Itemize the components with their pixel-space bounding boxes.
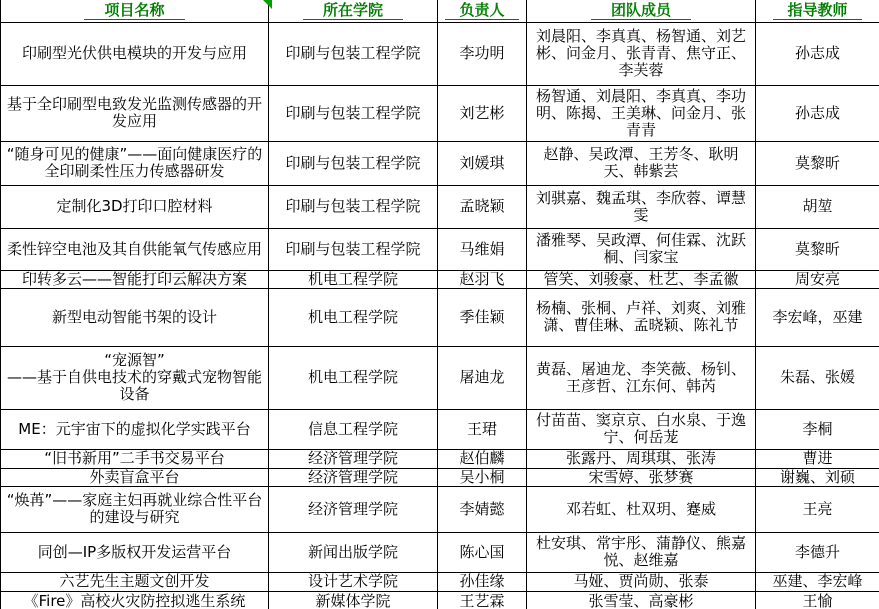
table-row: “宠源智” ——基于自供电技术的穿戴式宠物智能设备 机电工程学院 屠迪龙 黄磊、…: [1, 346, 879, 409]
college-cell: 信息工程学院: [269, 409, 438, 449]
team-cell: 张露丹、周琪琪、张涛: [527, 449, 756, 468]
leader-cell: 季佳颖: [438, 288, 527, 346]
college-cell: 经济管理学院: [269, 468, 438, 486]
team-cell: 马娅、贾尚勋、张泰: [527, 572, 756, 591]
leader-cell: 孙佳缘: [438, 572, 527, 591]
advisor-cell: 胡堃: [756, 185, 879, 228]
team-cell: 黄磊、屠迪龙、李笑薇、杨钊、王彦哲、江东何、韩芮: [527, 346, 756, 409]
advisor-cell: 王愉: [756, 591, 879, 609]
table-row: 新型电动智能书架的设计 机电工程学院 季佳颖 杨楠、张桐、卢祥、刘爽、刘雅潇、曹…: [1, 288, 879, 346]
table-row: “随身可见的健康”——面向健康医疗的全印刷柔性压力传感器研发 印刷与包装工程学院…: [1, 141, 879, 185]
project-cell: 六艺先生主题文创开发: [1, 572, 269, 591]
project-cell: 同创—IP多版权开发运营平台: [1, 532, 269, 572]
projects-table: 项目名称 所在学院 负责人 团队成员 指导教师 印刷型光伏供电模块的开发与应用 …: [0, 0, 879, 609]
advisor-cell: 孙志成: [756, 85, 879, 141]
leader-cell: 马维娟: [438, 228, 527, 270]
project-cell: 《Fire》高校火灾防控拟逃生系统: [1, 591, 269, 609]
team-cell: 付苗苗、窦京京、白水泉、于逸宁、何岳茏: [527, 409, 756, 449]
header-label-project: 项目名称: [84, 2, 184, 20]
leader-cell: 赵伯麟: [438, 449, 527, 468]
leader-cell: 孟晓颖: [438, 185, 527, 228]
advisor-cell: 朱磊、张媛: [756, 346, 879, 409]
table-row: 《Fire》高校火灾防控拟逃生系统 新媒体学院 王艺霖 张雪莹、高豪彬 王愉: [1, 591, 879, 609]
header-cell-project: 项目名称: [1, 0, 269, 22]
advisor-cell: 李宏峰，巫建: [756, 288, 879, 346]
leader-cell: 赵羽飞: [438, 270, 527, 288]
team-cell: 潘雅琴、吴政潭、何佳霖、沈跃桐、闫家宝: [527, 228, 756, 270]
project-cell: 印刷型光伏供电模块的开发与应用: [1, 22, 269, 85]
project-cell: “旧书新用”二手书交易平台: [1, 449, 269, 468]
table-row: 同创—IP多版权开发运营平台 新闻出版学院 陈心国 杜安琪、常宇彤、蒲静仪、熊嘉…: [1, 532, 879, 572]
table-row: 印转多云——智能打印云解决方案 机电工程学院 赵羽飞 管笑、刘骏豪、杜艺、李孟徽…: [1, 270, 879, 288]
header-cell-leader: 负责人: [438, 0, 527, 22]
projects-table-page: 项目名称 所在学院 负责人 团队成员 指导教师 印刷型光伏供电模块的开发与应用 …: [0, 0, 879, 609]
table-row: 基于全印刷型电致发光监测传感器的开发应用 印刷与包装工程学院 刘艺彬 杨智通、刘…: [1, 85, 879, 141]
team-cell: 管笑、刘骏豪、杜艺、李孟徽: [527, 270, 756, 288]
team-cell: 杨楠、张桐、卢祥、刘爽、刘雅潇、曹佳琳、孟晓颖、陈礼节: [527, 288, 756, 346]
team-cell: 邓若虹、杜双玥、蹇威: [527, 486, 756, 532]
table-row: “焕苒”——家庭主妇再就业综合性平台的建设与研究 经济管理学院 李婧懿 邓若虹、…: [1, 486, 879, 532]
college-cell: 机电工程学院: [269, 288, 438, 346]
leader-cell: 陈心国: [438, 532, 527, 572]
advisor-cell: 巫建、李宏峰: [756, 572, 879, 591]
college-cell: 印刷与包装工程学院: [269, 228, 438, 270]
college-cell: 印刷与包装工程学院: [269, 22, 438, 85]
college-cell: 新媒体学院: [269, 591, 438, 609]
project-cell: ME：元宇宙下的虚拟化学实践平台: [1, 409, 269, 449]
team-cell: 赵静、吴政潭、王芳冬、耿明天、韩紫芸: [527, 141, 756, 185]
table-row: 六艺先生主题文创开发 设计艺术学院 孙佳缘 马娅、贾尚勋、张泰 巫建、李宏峰: [1, 572, 879, 591]
leader-cell: 王艺霖: [438, 591, 527, 609]
advisor-cell: 曹进: [756, 449, 879, 468]
table-row: 印刷型光伏供电模块的开发与应用 印刷与包装工程学院 李功明 刘晨阳、李真真、杨智…: [1, 22, 879, 85]
green-flag-icon: [262, 0, 272, 10]
advisor-cell: 莫黎昕: [756, 141, 879, 185]
project-cell: 基于全印刷型电致发光监测传感器的开发应用: [1, 85, 269, 141]
college-cell: 经济管理学院: [269, 486, 438, 532]
leader-cell: 王珺: [438, 409, 527, 449]
header-label-college: 所在学院: [303, 2, 403, 20]
project-cell: “焕苒”——家庭主妇再就业综合性平台的建设与研究: [1, 486, 269, 532]
leader-cell: 刘媛琪: [438, 141, 527, 185]
college-cell: 经济管理学院: [269, 449, 438, 468]
header-label-team: 团队成员: [591, 2, 691, 20]
header-row: 项目名称 所在学院 负责人 团队成员 指导教师: [1, 0, 879, 22]
leader-cell: 刘艺彬: [438, 85, 527, 141]
advisor-cell: 王亮: [756, 486, 879, 532]
college-cell: 印刷与包装工程学院: [269, 85, 438, 141]
team-cell: 刘骐嘉、魏孟琪、李欣蓉、谭慧雯: [527, 185, 756, 228]
header-cell-advisor: 指导教师: [756, 0, 879, 22]
project-cell: 印转多云——智能打印云解决方案: [1, 270, 269, 288]
project-cell: “随身可见的健康”——面向健康医疗的全印刷柔性压力传感器研发: [1, 141, 269, 185]
project-cell: 外卖盲盒平台: [1, 468, 269, 486]
advisor-cell: 谢巍、刘硕: [756, 468, 879, 486]
college-cell: 机电工程学院: [269, 346, 438, 409]
college-cell: 印刷与包装工程学院: [269, 185, 438, 228]
header-cell-college: 所在学院: [269, 0, 438, 22]
header-label-advisor: 指导教师: [773, 2, 861, 20]
advisor-cell: 李德升: [756, 532, 879, 572]
college-cell: 新闻出版学院: [269, 532, 438, 572]
team-cell: 杨智通、刘晨阳、李真真、李功明、陈揭、王美琳、问金月、张青青: [527, 85, 756, 141]
leader-cell: 屠迪龙: [438, 346, 527, 409]
college-cell: 机电工程学院: [269, 270, 438, 288]
team-cell: 杜安琪、常宇彤、蒲静仪、熊嘉悦、赵维嘉: [527, 532, 756, 572]
project-cell: “宠源智” ——基于自供电技术的穿戴式宠物智能设备: [1, 346, 269, 409]
table-row: ME：元宇宙下的虚拟化学实践平台 信息工程学院 王珺 付苗苗、窦京京、白水泉、于…: [1, 409, 879, 449]
header-cell-team: 团队成员: [527, 0, 756, 22]
college-cell: 设计艺术学院: [269, 572, 438, 591]
header-label-leader: 负责人: [445, 2, 518, 20]
advisor-cell: 莫黎昕: [756, 228, 879, 270]
table-row: 柔性锌空电池及其自供能氧气传感应用 印刷与包装工程学院 马维娟 潘雅琴、吴政潭、…: [1, 228, 879, 270]
table-row: 外卖盲盒平台 经济管理学院 吴小桐 宋雪婷、张梦赛 谢巍、刘硕: [1, 468, 879, 486]
leader-cell: 吴小桐: [438, 468, 527, 486]
advisor-cell: 周安亮: [756, 270, 879, 288]
project-cell: 新型电动智能书架的设计: [1, 288, 269, 346]
advisor-cell: 孙志成: [756, 22, 879, 85]
leader-cell: 李婧懿: [438, 486, 527, 532]
team-cell: 张雪莹、高豪彬: [527, 591, 756, 609]
advisor-cell: 李桐: [756, 409, 879, 449]
leader-cell: 李功明: [438, 22, 527, 85]
team-cell: 刘晨阳、李真真、杨智通、刘艺彬、问金月、张青青、焦守正、李芙蓉: [527, 22, 756, 85]
table-row: 定制化3D打印口腔材料 印刷与包装工程学院 孟晓颖 刘骐嘉、魏孟琪、李欣蓉、谭慧…: [1, 185, 879, 228]
table-row: “旧书新用”二手书交易平台 经济管理学院 赵伯麟 张露丹、周琪琪、张涛 曹进: [1, 449, 879, 468]
project-cell: 定制化3D打印口腔材料: [1, 185, 269, 228]
team-cell: 宋雪婷、张梦赛: [527, 468, 756, 486]
college-cell: 印刷与包装工程学院: [269, 141, 438, 185]
project-cell: 柔性锌空电池及其自供能氧气传感应用: [1, 228, 269, 270]
